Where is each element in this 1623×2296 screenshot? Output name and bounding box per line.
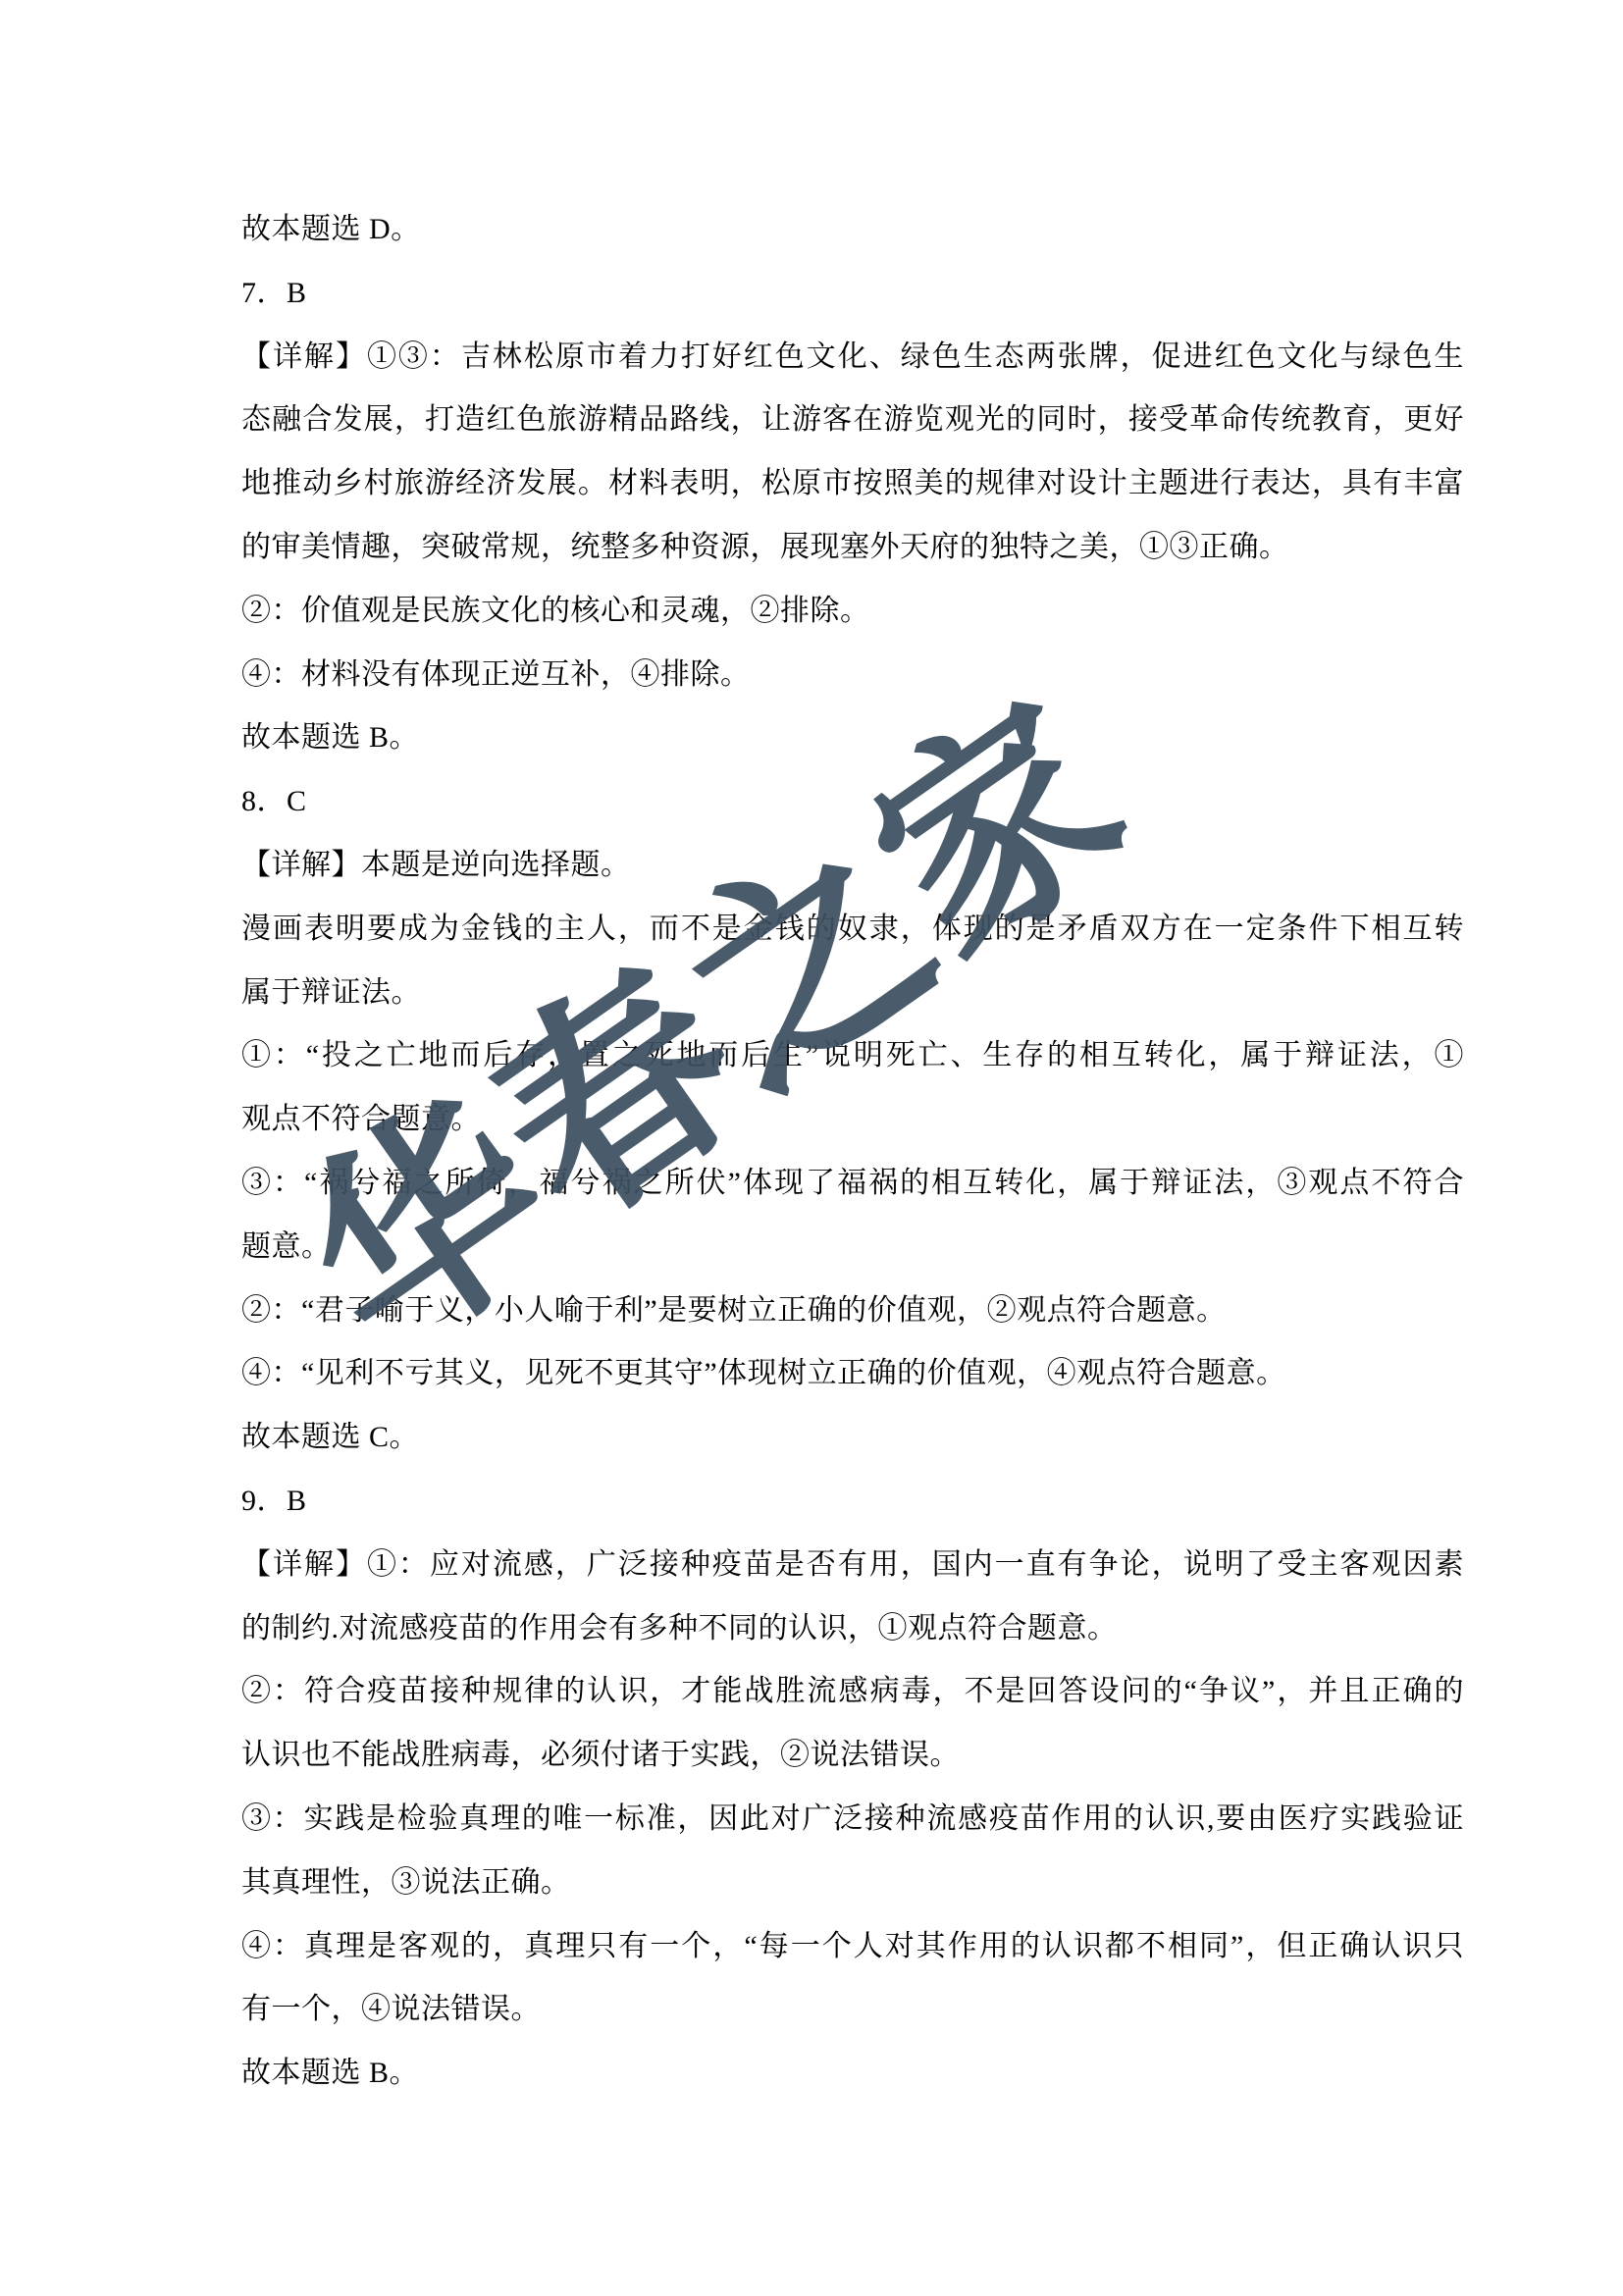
answer-line: ②：符合疫苗接种规律的认识，才能战胜流感病毒，不是回答设问的“争议”，并且正确的 <box>241 1660 1464 1724</box>
question-answer-label: 8．C <box>241 770 1464 834</box>
answer-line: ④：材料没有体现正逆互补，④排除。 <box>241 644 1464 707</box>
answer-line: 故本题选 D。 <box>241 198 1464 262</box>
answer-line: ④：真理是客观的，真理只有一个，“每一个人对其作用的认识都不相同”，但正确认识只 <box>241 1915 1464 1979</box>
answer-line: 故本题选 B。 <box>241 706 1464 770</box>
answer-line: 属于辩证法。 <box>241 962 1464 1025</box>
answer-line: 故本题选 C。 <box>241 1406 1464 1470</box>
question-answer-label: 9．B <box>241 1470 1464 1534</box>
answer-line: 的审美情趣，突破常规，统整多种资源，展现塞外天府的独特之美，①③正确。 <box>241 516 1464 580</box>
question-answer-label: 7．B <box>241 262 1464 326</box>
answer-line: ②：“君子喻于义，小人喻于利”是要树立正确的价值观，②观点符合题意。 <box>241 1279 1464 1343</box>
answer-line: 其真理性，③说法正确。 <box>241 1852 1464 1915</box>
answer-line: 有一个，④说法错误。 <box>241 1978 1464 2042</box>
answer-line: ③：实践是检验真理的唯一标准，因此对广泛接种流感疫苗作用的认识,要由医疗实践验证 <box>241 1788 1464 1852</box>
answer-line: 态融合发展，打造红色旅游精品路线，让游客在游览观光的同时，接受革命传统教育，更好 <box>241 389 1464 452</box>
answer-line: 的制约.对流感疫苗的作用会有多种不同的认识，①观点符合题意。 <box>241 1597 1464 1661</box>
answer-line: 地推动乡村旅游经济发展。材料表明，松原市按照美的规律对设计主题进行表达，具有丰富 <box>241 452 1464 516</box>
answer-line: 【详解】①③：吉林松原市着力打好红色文化、绿色生态两张牌，促进红色文化与绿色生 <box>241 326 1464 390</box>
answer-line: 漫画表明要成为金钱的主人，而不是金钱的奴隶，体现的是矛盾双方在一定条件下相互转化… <box>241 898 1464 962</box>
answer-line: 认识也不能战胜病毒，必须付诸于实践，②说法错误。 <box>241 1724 1464 1788</box>
answer-line: 【详解】①：应对流感，广泛接种疫苗是否有用，国内一直有争论，说明了受主客观因素 <box>241 1534 1464 1597</box>
answer-line: ①：“投之亡地而后存，置之死地而后生”说明死亡、生存的相互转化，属于辩证法，① <box>241 1024 1464 1088</box>
answer-line: 观点不符合题意。 <box>241 1088 1464 1152</box>
document-page: 故本题选 D。 7．B 【详解】①③：吉林松原市着力打好红色文化、绿色生态两张牌… <box>0 0 1623 2296</box>
answer-line: ②：价值观是民族文化的核心和灵魂，②排除。 <box>241 580 1464 644</box>
answer-line: ③：“祸兮福之所倚，福兮祸之所伏”体现了福祸的相互转化，属于辩证法，③观点不符合 <box>241 1152 1464 1216</box>
answer-line: ④：“见利不亏其义，见死不更其守”体现树立正确的价值观，④观点符合题意。 <box>241 1342 1464 1406</box>
answer-explanations: 故本题选 D。 7．B 【详解】①③：吉林松原市着力打好红色文化、绿色生态两张牌… <box>241 198 1464 2106</box>
answer-line: 题意。 <box>241 1216 1464 1279</box>
answer-line: 【详解】本题是逆向选择题。 <box>241 834 1464 898</box>
answer-line: 故本题选 B。 <box>241 2042 1464 2106</box>
